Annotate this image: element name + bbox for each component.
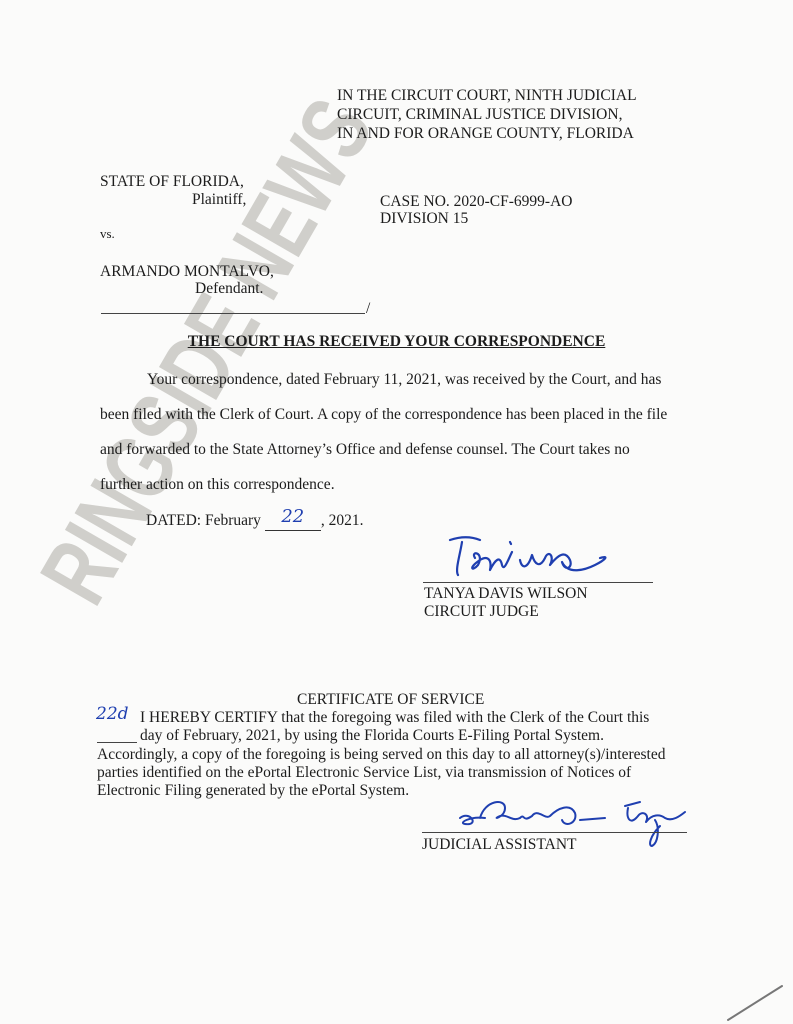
judicial-assistant-signature-line (422, 832, 687, 833)
body-line: Your correspondence, dated February 11, … (147, 362, 661, 397)
judge-signature (440, 530, 630, 585)
court-header-line: IN AND FOR ORANGE COUNTY, FLORIDA (337, 124, 637, 143)
body-line: been filed with the Clerk of Court. A co… (100, 397, 667, 432)
division: DIVISION 15 (380, 209, 468, 228)
judicial-assistant-title: JUDICIAL ASSISTANT (422, 835, 577, 854)
certificate-line: I HEREBY CERTIFY that the foregoing was … (140, 709, 649, 728)
stray-mark (720, 980, 790, 1024)
certificate-line: Electronic Filing generated by the ePort… (97, 782, 409, 801)
document-title: THE COURT HAS RECEIVED YOUR CORRESPONDEN… (0, 333, 793, 351)
judge-title: CIRCUIT JUDGE (424, 602, 539, 621)
certificate-day-blank (97, 742, 137, 743)
versus: vs. (100, 226, 115, 242)
dated-suffix: , 2021. (321, 512, 364, 529)
judge-signature-line (423, 582, 653, 583)
plaintiff-role: Plaintiff, (192, 190, 246, 209)
body-line: and forwarded to the State Attorney’s Of… (100, 432, 630, 467)
dated-prefix: DATED: February (146, 512, 265, 529)
defendant-role: Defendant. (195, 279, 263, 298)
court-header-line: IN THE CIRCUIT COURT, NINTH JUDICIAL (337, 86, 637, 105)
certificate-line: day of February, 2021, by using the Flor… (140, 727, 604, 746)
plaintiff-name: STATE OF FLORIDA, (100, 172, 244, 191)
watermark-text: RINGSIDE NEWS (21, 82, 394, 620)
certificate-line: Accordingly, a copy of the foregoing is … (97, 746, 665, 765)
caption-slash: / (366, 299, 370, 318)
certificate-heading: CERTIFICATE OF SERVICE (297, 691, 484, 710)
dated-day-handwritten: 22 (281, 506, 304, 527)
watermark: RINGSIDE NEWS (0, 0, 793, 1024)
dated-line: DATED: February 22, 2021. (146, 510, 363, 531)
caption-rule (101, 313, 365, 314)
court-header-line: CIRCUIT, CRIMINAL JUSTICE DIVISION, (337, 105, 637, 124)
body-line: further action on this correspondence. (100, 467, 335, 502)
dated-day-blank: 22 (265, 510, 321, 531)
judge-name: TANYA DAVIS WILSON (424, 584, 588, 603)
certificate-line: parties identified on the ePortal Electr… (97, 764, 631, 783)
certificate-day-handwritten: 22d (96, 704, 129, 724)
court-header: IN THE CIRCUIT COURT, NINTH JUDICIAL CIR… (337, 86, 637, 143)
